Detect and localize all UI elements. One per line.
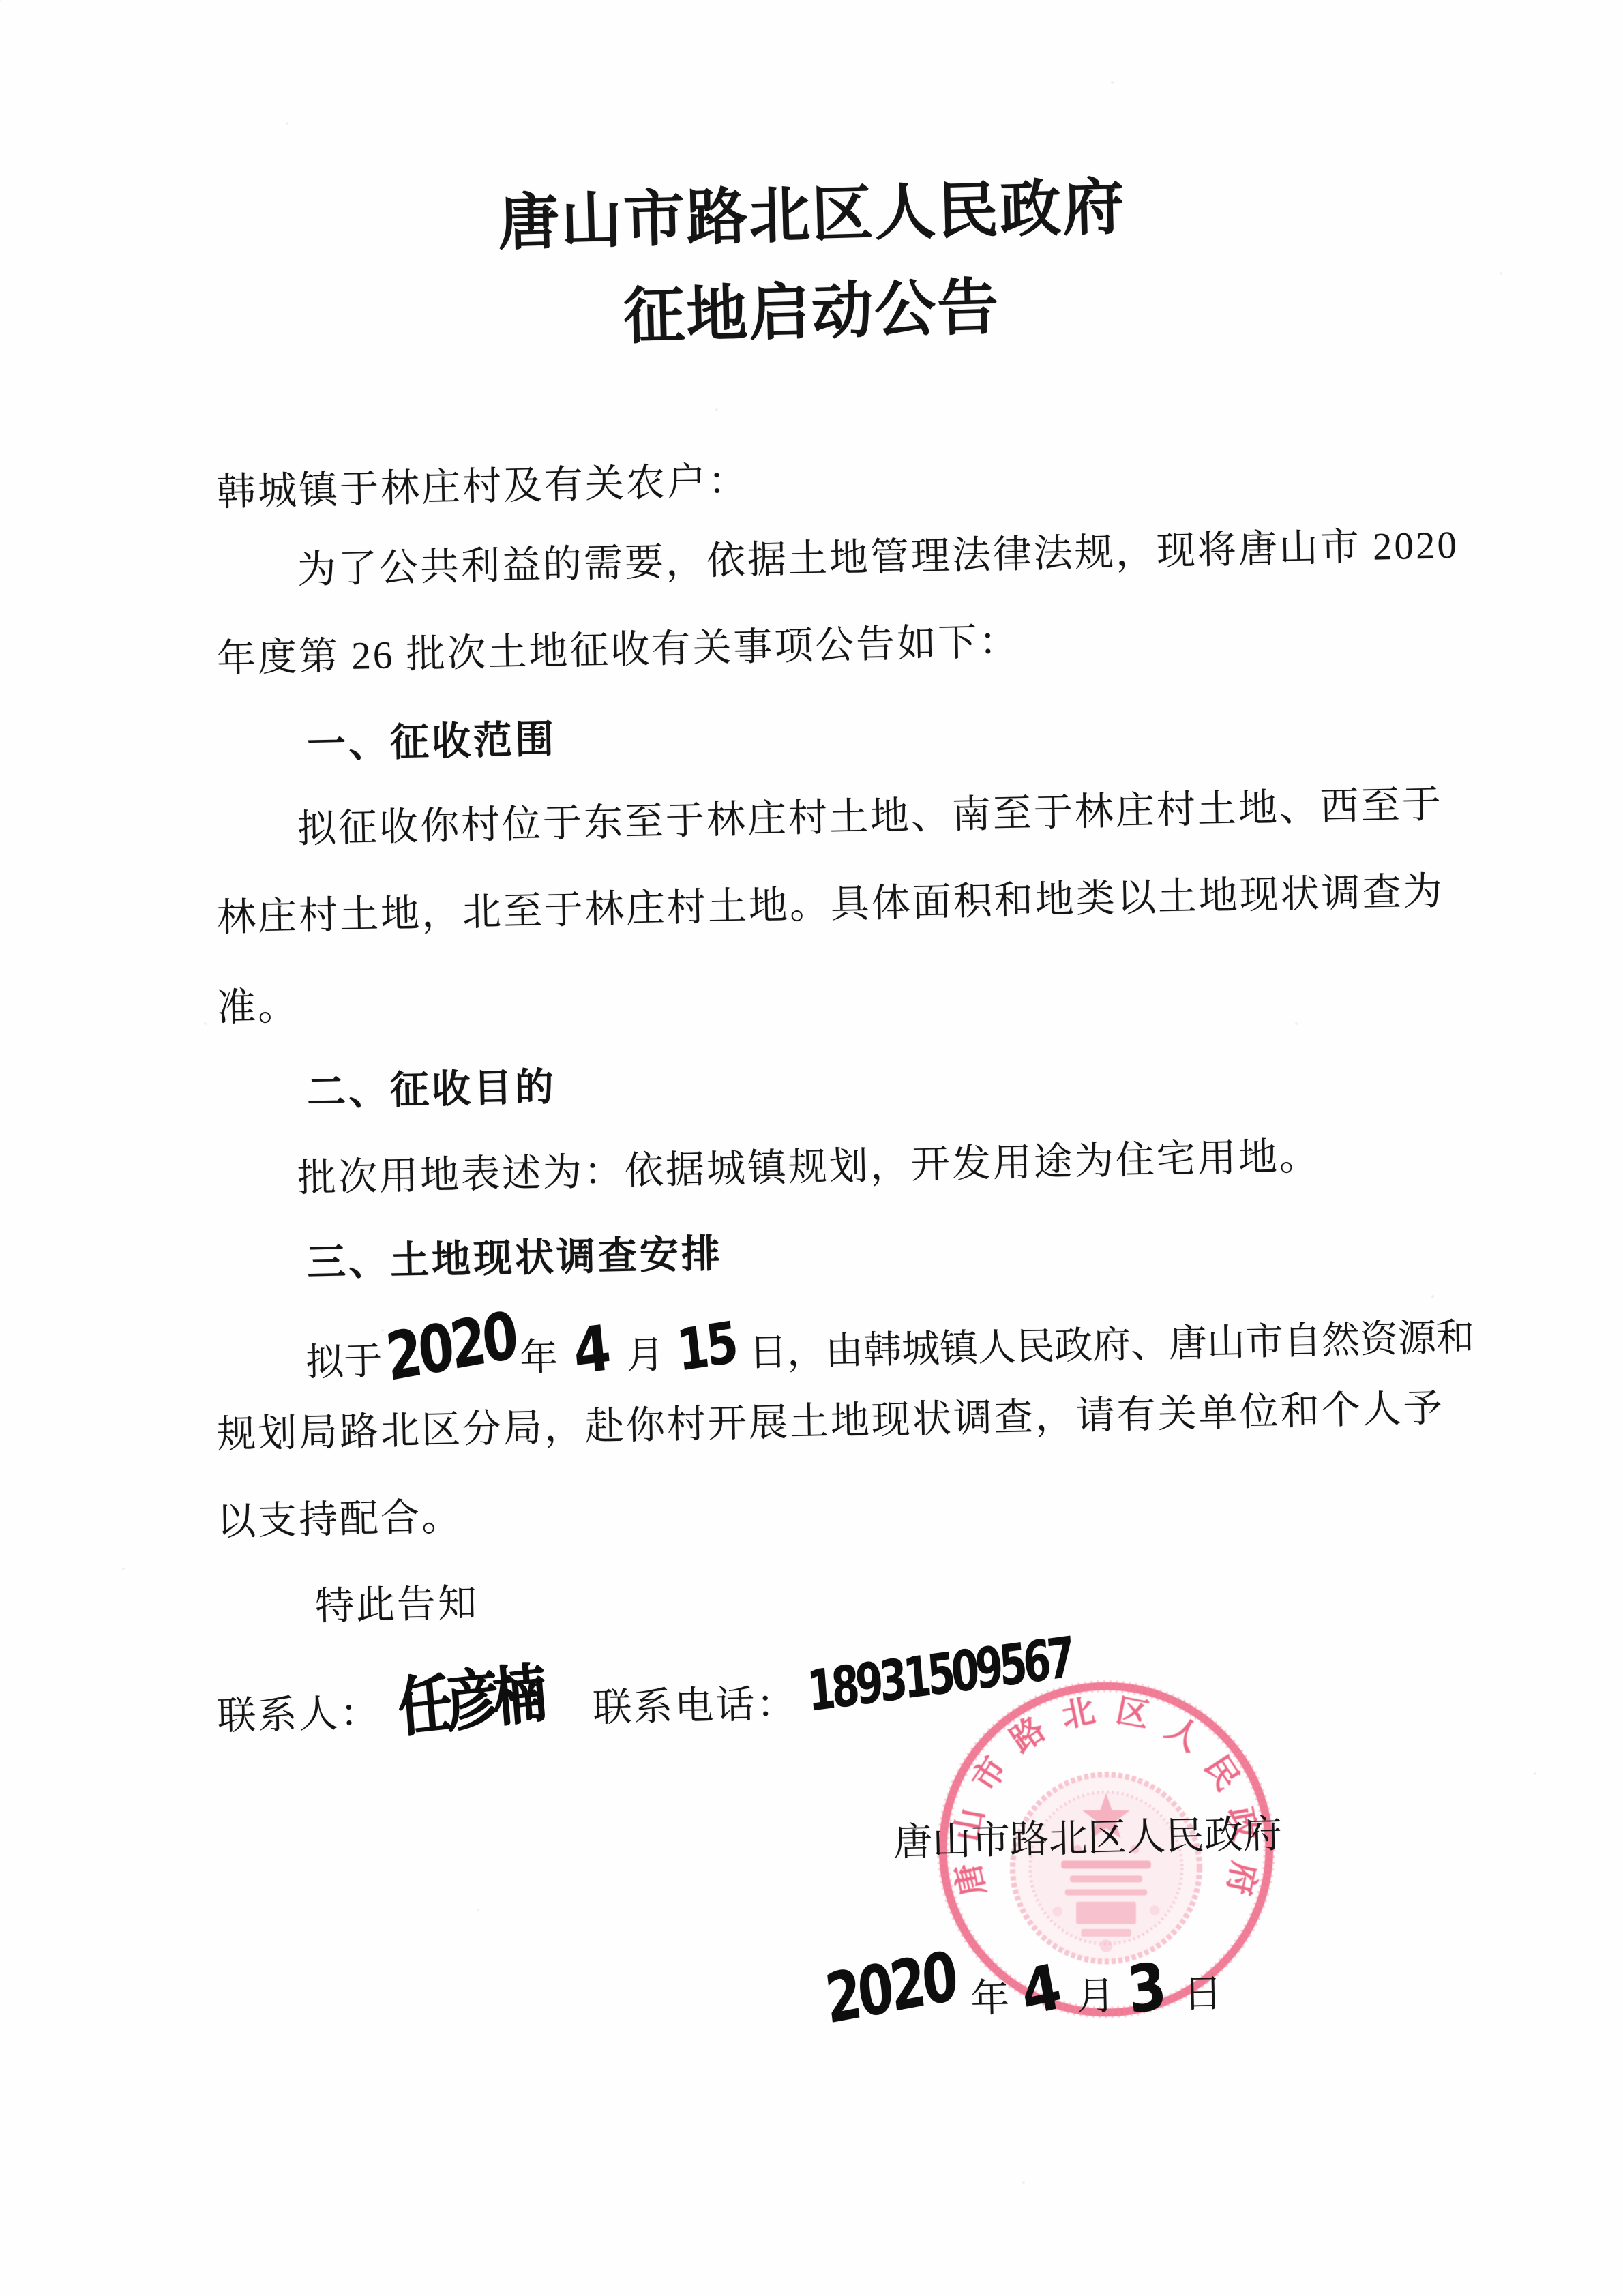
handwritten-survey-day: 15 <box>674 1309 735 1384</box>
section-2-line-1: 批次用地表述为：依据城镇规划，开发用途为住宅用地。 <box>297 1124 1320 1203</box>
contact-phone-label: 联系电话： <box>593 1682 798 1730</box>
section-1-line-1: 拟征收你村位于东至于林庄村土地、南至于林庄村土地、西至于 <box>297 773 1443 854</box>
section-1-heading: 一、征收范围 <box>306 708 557 769</box>
intro-line-2: 年度第 26 批次土地征收有关事项公告如下： <box>216 610 1020 683</box>
signature-org-name: 唐山市路北区人民政府 <box>893 1803 1283 1867</box>
section-3-line-1-rest: 由韩城镇人民政府、唐山市自然资源和 <box>824 1317 1474 1373</box>
section-1-line-2: 林庄村土地，北至于林庄村土地。具体面积和地类以土地现状调查为 <box>216 860 1444 942</box>
scan-noise <box>0 0 1 1</box>
survey-date-prefix: 拟于 <box>306 1341 383 1384</box>
scanned-announcement-page: 唐山市路北区人民政府 唐山市路北区人民政府 征地启动公告 韩城镇于林庄村及有关农… <box>0 0 1623 2296</box>
sign-day-unit: 日 <box>1183 1972 1223 2016</box>
contact-line: 联系人：任彦楠联系电话：18931509567 <box>216 1637 1075 1748</box>
handwritten-phone-number: 18931509567 <box>805 1635 1001 1725</box>
section-3-line-3: 以支持配合。 <box>216 1485 463 1547</box>
handwritten-survey-month: 4 <box>570 1312 607 1388</box>
year-unit: 年 <box>520 1337 559 1380</box>
intro-line-1: 为了公共利益的需要，依据土地管理法律法规，现将唐山市 2020 <box>297 513 1459 595</box>
sign-month-unit: 月 <box>1076 1975 1116 2018</box>
sign-year-unit: 年 <box>970 1977 1010 2021</box>
closing-notice: 特此告知 <box>314 1572 479 1631</box>
section-3-line-1: 拟于2020年4月15日，由韩城镇人民政府、唐山市自然资源和 <box>305 1289 1475 1391</box>
handwritten-sign-day: 3 <box>1124 1949 1167 2029</box>
section-3-heading: 三、土地现状调查安排 <box>306 1223 724 1287</box>
handwritten-survey-year: 2020 <box>383 1303 486 1396</box>
month-unit: 月 <box>626 1335 665 1377</box>
handwritten-sign-month: 4 <box>1015 1951 1063 2030</box>
section-1-line-3: 准。 <box>216 974 299 1032</box>
salutation: 韩城镇于林庄村及有关农户： <box>216 449 749 517</box>
handwritten-contact-name: 任彦楠 <box>394 1645 521 1750</box>
contact-person-label: 联系人： <box>217 1692 381 1738</box>
section-2-heading: 二、征收目的 <box>306 1056 557 1117</box>
signature-date-line: 2020年4月3日 <box>826 1943 1223 2031</box>
handwritten-sign-year: 2020 <box>822 1942 929 2040</box>
national-emblem <box>1013 1774 1200 1961</box>
day-unit: 日， <box>748 1330 825 1374</box>
